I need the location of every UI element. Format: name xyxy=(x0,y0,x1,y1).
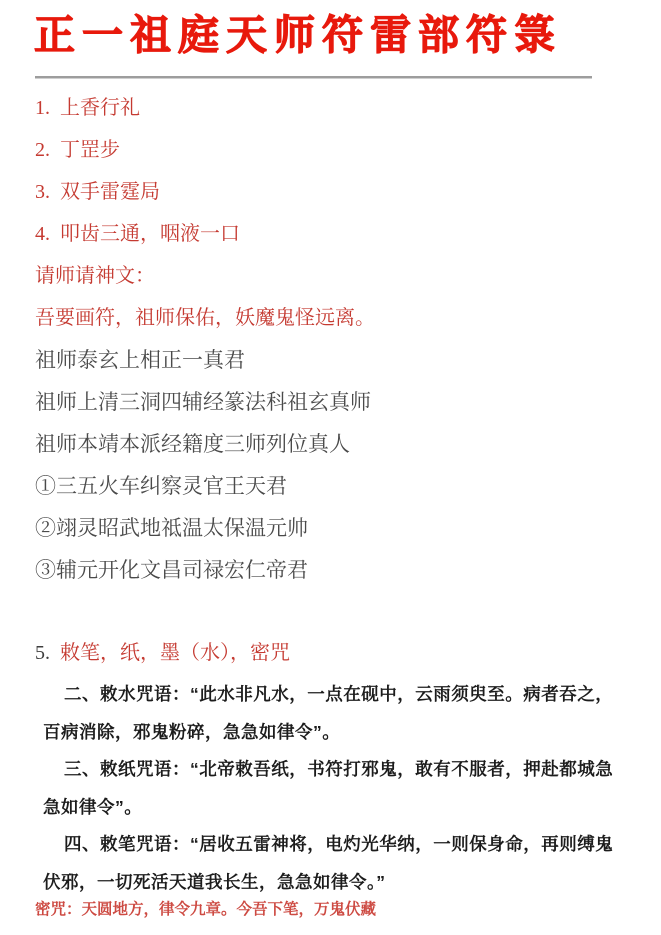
step-text: 敕笔，纸，墨（水），密咒 xyxy=(60,642,290,664)
master-line-2: 祖师上清三洞四辅经篆法科祖玄真师 xyxy=(35,391,641,433)
water-spell-paragraph: 二、敕水咒语：“此水非凡水，一点在砚中，云雨须臾至。病者吞之，百病消除，邪鬼粉碎… xyxy=(43,676,625,751)
prayer-line: 吾要画符，祖师保佑，妖魔鬼怪远离。 xyxy=(35,307,641,349)
deity-line-1: ①三五火车纠察灵官王天君 xyxy=(35,475,641,517)
deity-line-3: ③辅元开化文昌司禄宏仁帝君 xyxy=(35,559,641,601)
step-text: 叩齿三通，咽液一口 xyxy=(60,223,240,245)
paper-spell-paragraph: 三、敕纸咒语：“北帝敕吾纸，书符打邪鬼，敢有不服者，押赴都城急急如律令”。 xyxy=(43,751,625,826)
spell-paragraphs: 二、敕水咒语：“此水非凡水，一点在砚中，云雨须臾至。病者吞之，百病消除，邪鬼粉碎… xyxy=(43,676,625,901)
ritual-step-1: 1.上香行礼 xyxy=(35,97,641,139)
step-number: 5. xyxy=(35,642,50,664)
ritual-step-2: 2.丁罡步 xyxy=(35,139,641,181)
ritual-step-3: 3.双手雷霆局 xyxy=(35,181,641,223)
step-number: 2. xyxy=(35,139,50,162)
ritual-step-4: 4.叩齿三通，咽液一口 xyxy=(35,223,641,265)
master-line-1: 祖师泰玄上相正一真君 xyxy=(35,349,641,391)
step-text: 丁罡步 xyxy=(60,139,120,161)
ritual-body: 1.上香行礼 2.丁罡步 3.双手雷霆局 4.叩齿三通，咽液一口 请师请神文： … xyxy=(35,97,641,601)
deity-line-2: ②翊灵昭武地祗温太保温元帅 xyxy=(35,517,641,559)
brush-spell-paragraph: 四、敕笔咒语：“居收五雷神将，电灼光华纳，一则保身命，再则缚鬼伏邪，一切死活天道… xyxy=(43,826,625,901)
master-line-3: 祖师本靖本派经籍度三师列位真人 xyxy=(35,433,641,475)
ritual-step-5: 5.敕笔，纸，墨（水），密咒 xyxy=(35,636,290,665)
page-title: 正一祖庭天师符雷部符箓 xyxy=(34,10,562,60)
step-text: 上香行礼 xyxy=(60,97,140,119)
step-number: 1. xyxy=(35,97,50,120)
document-page: 正一祖庭天师符雷部符箓 1.上香行礼 2.丁罡步 3.双手雷霆局 4.叩齿三通，… xyxy=(0,0,661,935)
step-text: 双手雷霆局 xyxy=(60,181,160,203)
step-number: 3. xyxy=(35,181,50,204)
title-divider xyxy=(35,76,592,79)
secret-mantra-footer: 密咒：天圆地方，律令九章。今吾下笔，万鬼伏藏 xyxy=(35,900,376,920)
step-number: 4. xyxy=(35,223,50,246)
invocation-heading: 请师请神文： xyxy=(35,265,641,307)
